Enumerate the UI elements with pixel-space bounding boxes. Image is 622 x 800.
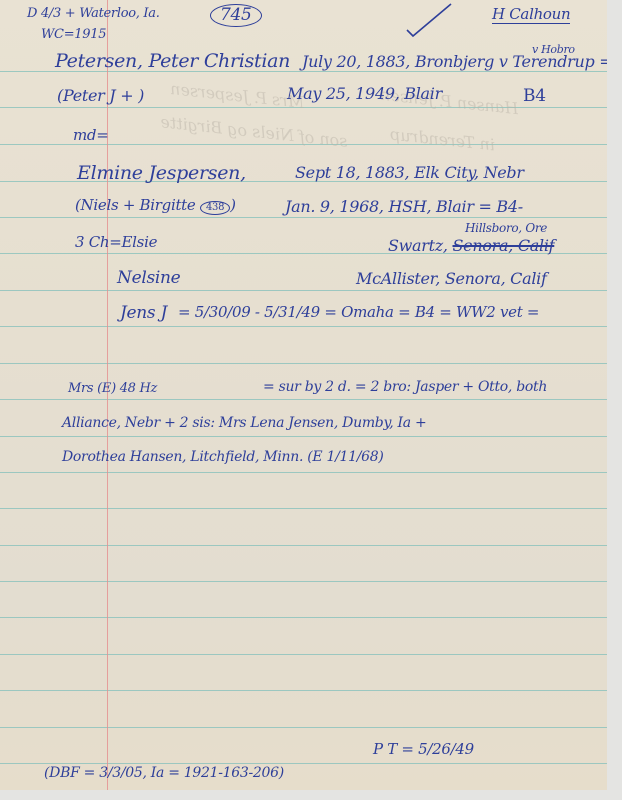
spouse-death: Jan. 9, 1968, HSH, Blair = B4- — [285, 199, 523, 215]
subject-birth-insert: v Hobro — [532, 44, 575, 55]
rule-line — [0, 545, 607, 546]
dbf-note: (DBF = 3/3/05, Ia = 1921-163-206) — [44, 766, 284, 780]
rule-line — [0, 654, 607, 655]
subject-name: Petersen, Peter Christian — [55, 52, 290, 71]
rule-line — [0, 690, 607, 691]
child-residence: Swartz, Senora, Calif — [388, 238, 554, 254]
subject-birth: July 20, 1883, Bronbjerg v Terendrup = — [302, 54, 607, 70]
index-card-page: Mrs P. Jespersen Hansen P. Jensen son of… — [0, 0, 607, 790]
checkmark-icon — [405, 2, 453, 38]
spouse-ref-number: 438 — [200, 201, 230, 215]
card-number: 745 — [210, 4, 262, 27]
struck-residence: Senora, Calif — [453, 236, 555, 255]
child-name: Nelsine — [117, 270, 180, 287]
obituary-prefix: Mrs (E) 48 Hz — [68, 382, 157, 395]
obituary-line: Alliance, Nebr + 2 sis: Mrs Lena Jensen,… — [62, 416, 426, 430]
rule-line — [0, 581, 607, 582]
bleed-through-text: in Terendrup — [389, 125, 496, 155]
rule-line — [0, 508, 607, 509]
subject-death: May 25, 1949, Blair — [287, 86, 442, 102]
spouse-parents: (Niels + Birgitte 438) — [75, 198, 236, 215]
card-number-circle: 745 — [210, 4, 262, 27]
rule-line — [0, 436, 607, 437]
rule-line — [0, 326, 607, 327]
rule-line — [0, 472, 607, 473]
spouse-birth: Sept 18, 1883, Elk City, Nebr — [295, 165, 524, 181]
child-name: Jens J — [120, 305, 167, 322]
spouse-name: Elmine Jespersen, — [77, 164, 246, 183]
pt-note: P T = 5/26/49 — [373, 742, 474, 757]
children-label: 3 Ch=Elsie — [75, 235, 157, 250]
rule-line — [0, 763, 607, 764]
child-residence-insert: Hillsboro, Ore — [465, 222, 547, 234]
collector-name: H Calhoun — [492, 7, 570, 22]
subject-nickname: (Peter J + ) — [57, 88, 144, 104]
rule-line — [0, 290, 607, 291]
child-residence: McAllister, Senora, Calif — [356, 271, 547, 287]
rule-line — [0, 727, 607, 728]
wc-number: WC=1915 — [41, 28, 106, 41]
subject-death-code: B4 — [523, 88, 546, 105]
obituary-line: = sur by 2 d. = 2 bro: Jasper + Otto, bo… — [263, 380, 547, 394]
rule-line — [0, 217, 607, 218]
rule-line — [0, 399, 607, 400]
child-details: = 5/30/09 - 5/31/49 = Omaha = B4 = WW2 v… — [178, 305, 539, 320]
source-note: D 4/3 + Waterloo, Ia. — [27, 7, 160, 20]
married-label: md= — [73, 128, 109, 143]
obituary-line: Dorothea Hansen, Litchfield, Minn. (E 1/… — [62, 450, 384, 464]
rule-line — [0, 363, 607, 364]
rule-line — [0, 617, 607, 618]
